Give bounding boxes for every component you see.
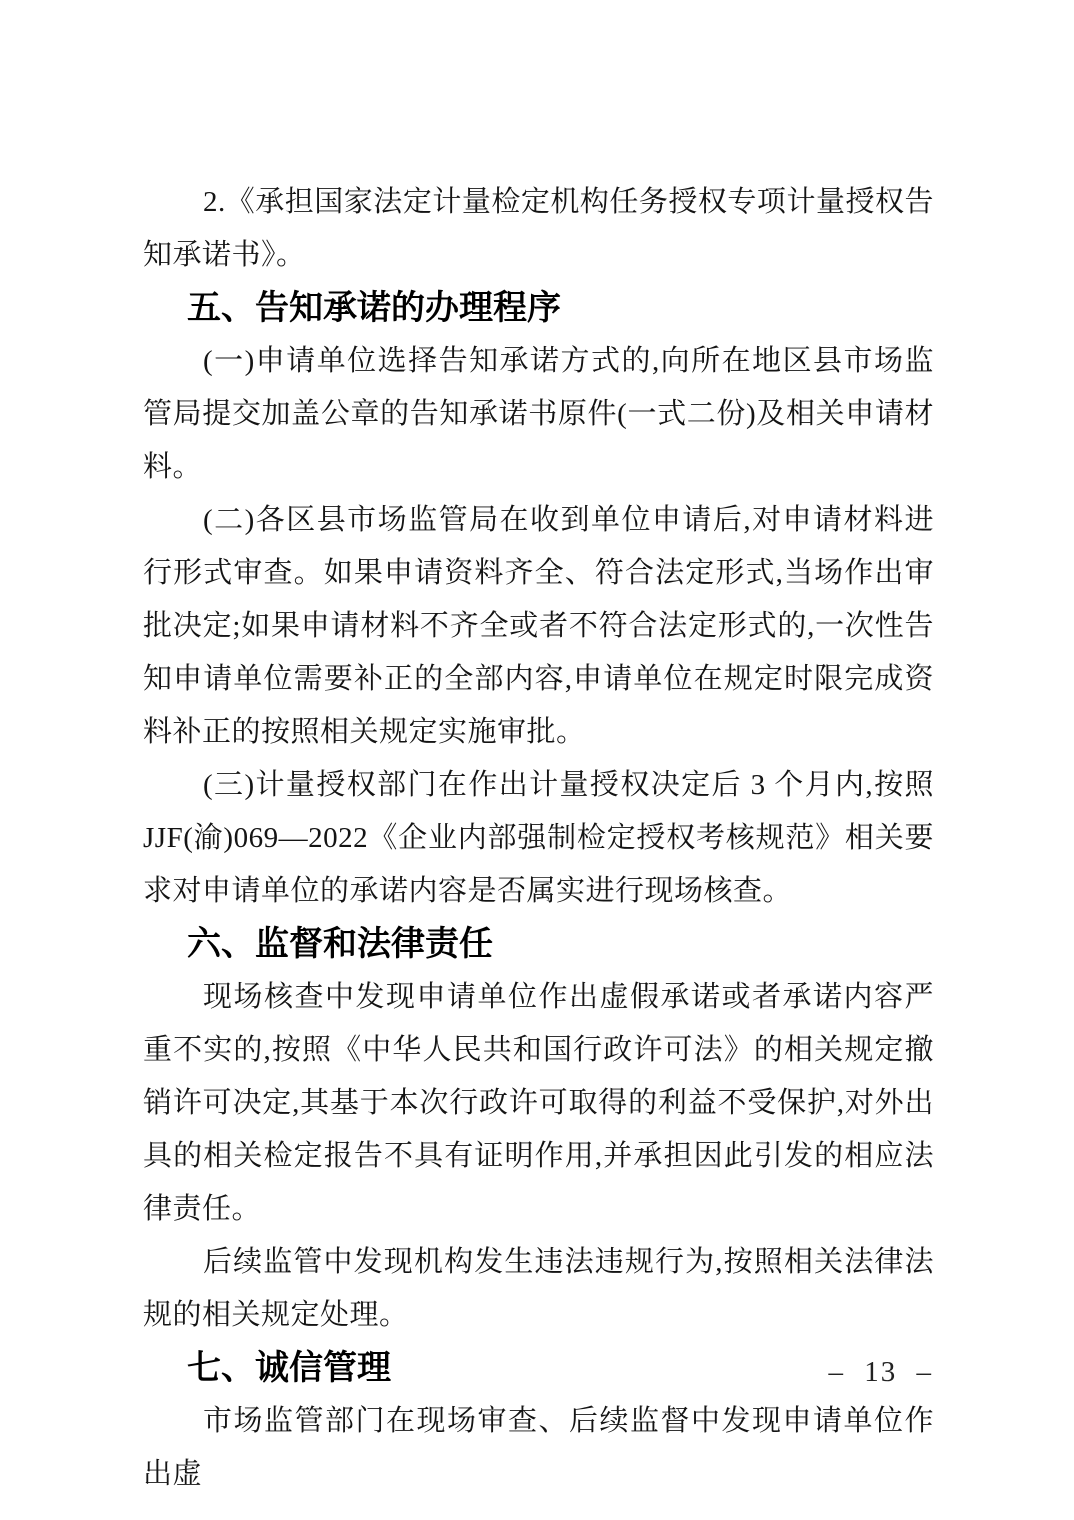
section-heading-6-supervision: 六、监督和法律责任 [143, 918, 934, 971]
page-number: – 13 – [829, 1352, 934, 1392]
paragraph-procedure-item-2: (二)各区县市场监管局在收到单位申请后,对申请材料进行形式审查。如果申请资料齐全… [143, 494, 934, 759]
paragraph-integrity-1: 市场监管部门在现场审查、后续监督中发现申请单位作出虚 [143, 1395, 934, 1501]
document-body: 2.《承担国家法定计量检定机构任务授权专项计量授权告知承诺书》。 五、告知承诺的… [143, 176, 934, 1501]
paragraph-supervision-2: 后续监管中发现机构发生违法违规行为,按照相关法律法规的相关规定处理。 [143, 1236, 934, 1342]
paragraph-supervision-1: 现场核查中发现申请单位作出虚假承诺或者承诺内容严重不实的,按照《中华人民共和国行… [143, 971, 934, 1236]
paragraph-procedure-item-3: (三)计量授权部门在作出计量授权决定后 3 个月内,按照JJF(渝)069—20… [143, 759, 934, 918]
paragraph-notice-letter: 2.《承担国家法定计量检定机构任务授权专项计量授权告知承诺书》。 [143, 176, 934, 282]
document-page: 2.《承担国家法定计量检定机构任务授权专项计量授权告知承诺书》。 五、告知承诺的… [0, 0, 1074, 1520]
section-heading-5-procedure: 五、告知承诺的办理程序 [143, 282, 934, 335]
section-heading-7-integrity: 七、诚信管理 [143, 1342, 934, 1395]
paragraph-procedure-item-1: (一)申请单位选择告知承诺方式的,向所在地区县市场监管局提交加盖公章的告知承诺书… [143, 335, 934, 494]
